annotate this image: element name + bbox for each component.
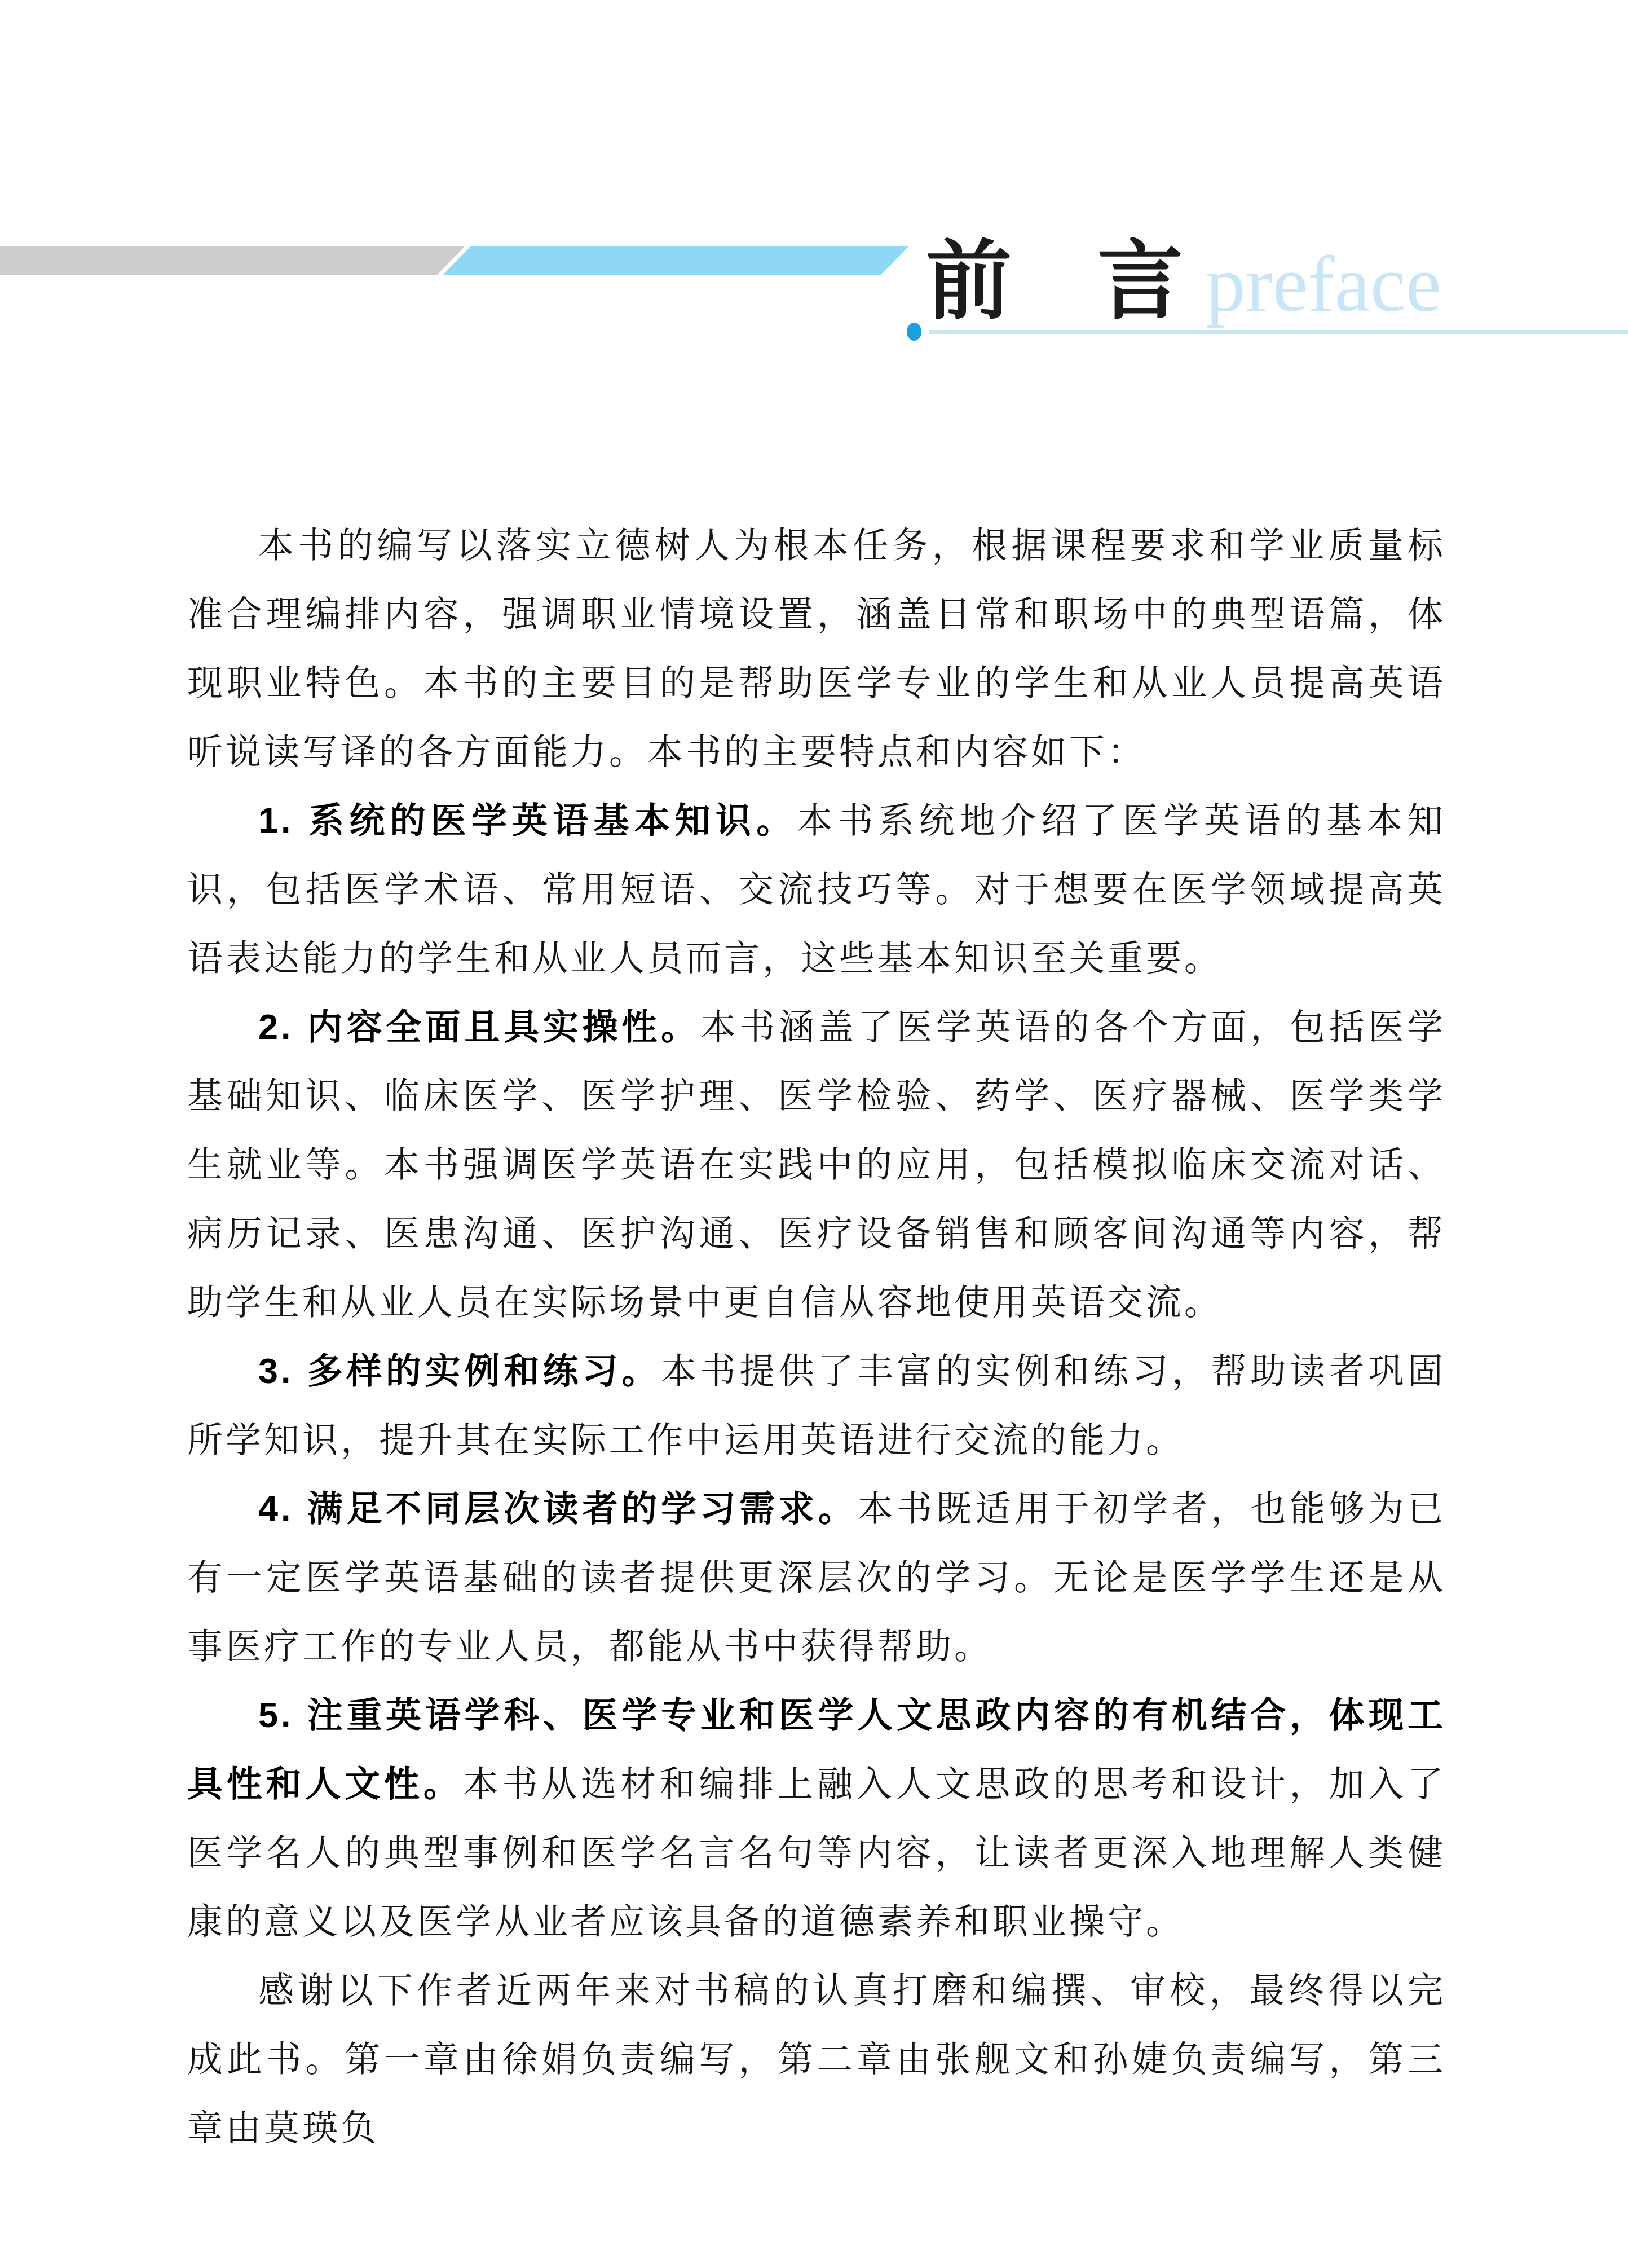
header-titles: 前 言 preface [926,239,1441,325]
preface-paragraph: 感谢以下作者近两年来对书稿的认真打磨和编撰、审校，最终得以完成此书。第一章由徐娟… [187,1956,1446,2163]
paragraph-text-run: 本书的编写以落实立德树人为根本任务，根据课程要求和学业质量标准合理编排内容，强调… [187,526,1446,772]
paragraph-heading-run: 1. 系统的医学英语基本知识。 [258,801,797,840]
header-gray-band [0,246,465,275]
preface-paragraph: 3. 多样的实例和练习。本书提供了丰富的实例和练习，帮助读者巩固所学知识，提升其… [187,1337,1446,1474]
preface-page: 前 言 preface 本书的编写以落实立德树人为根本任务，根据课程要求和学业质… [0,0,1628,2268]
preface-paragraph: 4. 满足不同层次读者的学习需求。本书既适用于初学者，也能够为已有一定医学英语基… [187,1474,1446,1681]
paragraph-heading-run: 4. 满足不同层次读者的学习需求。 [258,1489,857,1529]
page-title-english: preface [1206,244,1441,324]
header-underline [929,330,1628,334]
preface-paragraph: 2. 内容全面且具实操性。本书涵盖了医学英语的各个方面，包括医学基础知识、临床医… [187,993,1446,1337]
paragraph-heading-run: 3. 多样的实例和练习。 [258,1351,661,1391]
preface-paragraph: 5. 注重英语学科、医学专业和医学人文思政内容的有机结合，体现工具性和人文性。本… [187,1681,1446,1956]
paragraph-text-run: 感谢以下作者近两年来对书稿的认真打磨和编撰、审校，最终得以完成此书。第一章由徐娟… [187,1971,1446,2148]
header-blue-band [443,246,908,275]
paragraph-text-run: 本书涵盖了医学英语的各个方面，包括医学基础知识、临床医学、医学护理、医学检验、药… [187,1007,1446,1322]
paragraph-heading-run: 2. 内容全面且具实操性。 [258,1007,700,1047]
accent-dot [907,323,921,341]
page-title-chinese: 前 言 [926,239,1183,325]
preface-paragraph: 本书的编写以落实立德树人为根本任务，根据课程要求和学业质量标准合理编排内容，强调… [187,511,1446,786]
preface-paragraph: 1. 系统的医学英语基本知识。本书系统地介绍了医学英语的基本知识，包括医学术语、… [187,786,1446,993]
preface-content: 本书的编写以落实立德树人为根本任务，根据课程要求和学业质量标准合理编排内容，强调… [187,511,1446,2163]
